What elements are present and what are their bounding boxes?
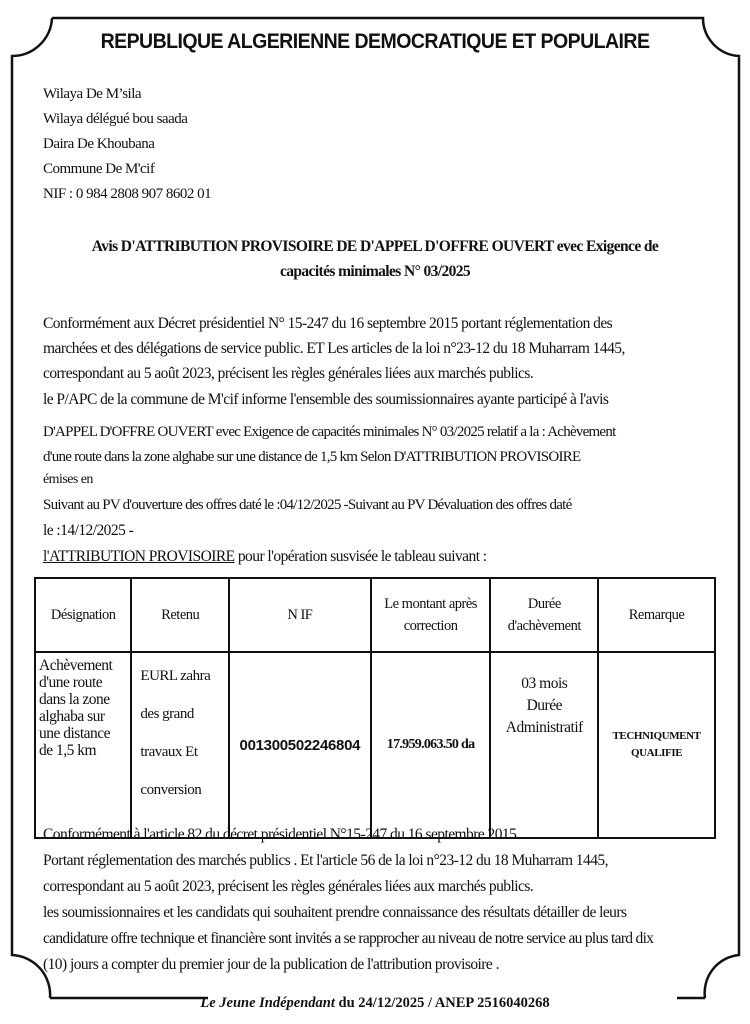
retenu-line: EURL zahra	[140, 657, 224, 695]
intro-line: le :14/12/2025 -	[43, 522, 133, 540]
closing-line: correspondant au 5 août 2023, précisent …	[43, 878, 533, 896]
intro-line: d'une route dans la zone alghabe sur une…	[43, 449, 580, 466]
duree-line: Administratif	[494, 717, 594, 739]
header-remarque: Remarque	[598, 578, 715, 652]
remarque-line: TECHNIQUMENT	[602, 728, 711, 745]
notice-heading-line-1: Avis D'ATTRIBUTION PROVISOIRE DE D'APPEL…	[0, 238, 750, 256]
address-nif: NIF : 0 984 2808 907 8602 01	[43, 186, 211, 203]
address-daira: Daira De Khoubana	[43, 136, 154, 153]
header-montant: Le montant après correction	[371, 578, 491, 652]
closing-line: Portant réglementation des marchés publi…	[43, 852, 608, 870]
retenu-line: conversion	[140, 771, 224, 809]
publication-source: Le Jeune Indépendant du 24/12/2025 / ANE…	[0, 995, 750, 1012]
duree-line: Durée	[494, 695, 594, 717]
duree-line: 03 mois	[494, 673, 594, 695]
closing-line: (10) jours a compter du premier jour de …	[43, 956, 499, 974]
republic-title: REPUBLIQUE ALGERIENNE DEMOCRATIQUE ET PO…	[26, 30, 724, 54]
address-wilaya: Wilaya De M’sila	[43, 86, 141, 103]
closing-line: Conformément à l'article 82 du décret pr…	[43, 826, 520, 844]
address-commune: Commune De M'cif	[43, 161, 154, 178]
table-intro-underlined: l'ATTRIBUTION PROVISOIRE	[43, 548, 235, 565]
designation-line: alghaba sur	[39, 708, 127, 725]
designation-line: d'une route	[39, 674, 127, 691]
intro-line: marchées et des délégations de service p…	[43, 340, 625, 358]
table-header-row: Désignation Retenu N IF Le montant après…	[35, 578, 715, 652]
cell-retenu: EURL zahra des grand travaux Et conversi…	[131, 652, 229, 838]
notice-heading-line-2: capacités minimales N° 03/2025	[0, 263, 750, 281]
closing-line: les soumissionnaires et les candidats qu…	[43, 904, 626, 922]
header-duree: Durée d'achèvement	[490, 578, 598, 652]
designation-line: de 1,5 km	[39, 742, 127, 759]
designation-line: dans la zone	[39, 691, 127, 708]
header-designation: Désignation	[35, 578, 131, 652]
intro-line: Suivant au PV d'ouverture des offres dat…	[43, 497, 571, 514]
intro-line: émises en	[43, 472, 93, 488]
retenu-line: travaux Et	[140, 733, 224, 771]
designation-line: Achèvement	[39, 657, 127, 674]
table-intro: l'ATTRIBUTION PROVISOIRE pour l'opératio…	[43, 548, 487, 566]
closing-line: candidature offre technique et financièr…	[43, 930, 653, 948]
cell-nif: 001300502246804	[229, 652, 371, 838]
publication-date-ref: du 24/12/2025 / ANEP 2516040268	[335, 995, 550, 1011]
remarque-line: QUALIFIE	[602, 745, 711, 762]
cell-designation: Achèvement d'une route dans la zone algh…	[35, 652, 131, 838]
cell-remarque: TECHNIQUMENT QUALIFIE	[598, 652, 715, 838]
attribution-table: Désignation Retenu N IF Le montant après…	[34, 577, 716, 839]
cell-montant: 17.959.063.50 da	[371, 652, 491, 838]
cell-duree: 03 mois Durée Administratif	[490, 652, 598, 838]
intro-line: D'APPEL D'OFFRE OUVERT evec Exigence de …	[43, 424, 616, 441]
newspaper-name: Le Jeune Indépendant	[200, 995, 335, 1011]
table-intro-rest: pour l'opération susvisée le tableau sui…	[235, 548, 487, 565]
address-wilaya-delegue: Wilaya délégué bou saada	[43, 111, 187, 128]
header-nif: N IF	[229, 578, 371, 652]
retenu-line: des grand	[140, 695, 224, 733]
table-row: Achèvement d'une route dans la zone algh…	[35, 652, 715, 838]
intro-line: Conformément aux Décret présidentiel N° …	[43, 315, 612, 333]
header-retenu: Retenu	[131, 578, 229, 652]
intro-line: le P/APC de la commune de M'cif informe …	[43, 391, 608, 409]
intro-line: correspondant au 5 août 2023, précisent …	[43, 365, 533, 383]
designation-line: une distance	[39, 725, 127, 742]
